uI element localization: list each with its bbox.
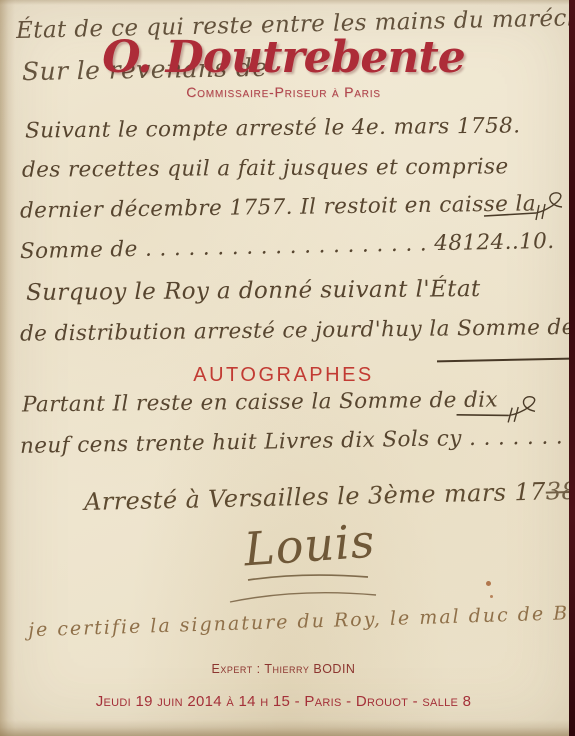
manuscript-line: dernier décembre 1757. Il restoit en cai… [20,193,536,222]
manuscript-amount-line: de distribution arresté ce jourd'huy la … [20,314,575,345]
manuscript-line: Partant Il reste en caisse la Somme de d… [22,390,498,416]
right-binding-strip [569,0,575,736]
expert-line: Expert : Thierry BODIN [0,662,567,676]
manuscript-date-line: Arresté à Versailles le 3ème mars 1738 5… [84,478,575,514]
livre-paraph-icon [482,190,575,230]
royal-signature: Louis [243,517,377,572]
category-title: AUTOGRAPHES [0,364,567,387]
livre-paraph-icon [454,387,552,434]
auction-house-logo: O. Doutrebente [0,32,567,83]
foxing-spot [490,595,493,598]
top-edge-shadow [0,0,569,5]
foxing-spot [486,581,491,586]
sale-date-line: Jeudi 19 juin 2014 à 14 h 15 - Paris - D… [0,693,567,710]
bottom-edge-shadow [0,720,569,736]
certification-line: je certifie la signature du Roy, le mal … [28,603,575,640]
auction-house-subtitle: Commissaire-Priseur à Paris [0,84,567,100]
left-edge-shadow [0,0,15,736]
account-rule-line [437,358,570,363]
manuscript-line: Suivant le compte arresté le 4e. mars 17… [25,115,521,142]
manuscript-amount-line: Somme de . . . . . . . . . . . . . . . .… [20,231,555,263]
signature-underline-flourish-icon [228,568,378,608]
catalog-cover-page: État de ce qui reste entre les mains du … [0,0,575,736]
manuscript-line: Surquoy le Roy a donné suivant l'État [26,278,481,305]
manuscript-date-prefix: Arresté à Versailles le 3ème mars 17 [84,478,546,516]
manuscript-line: des recettes quil a fait jusques et comp… [22,156,509,181]
